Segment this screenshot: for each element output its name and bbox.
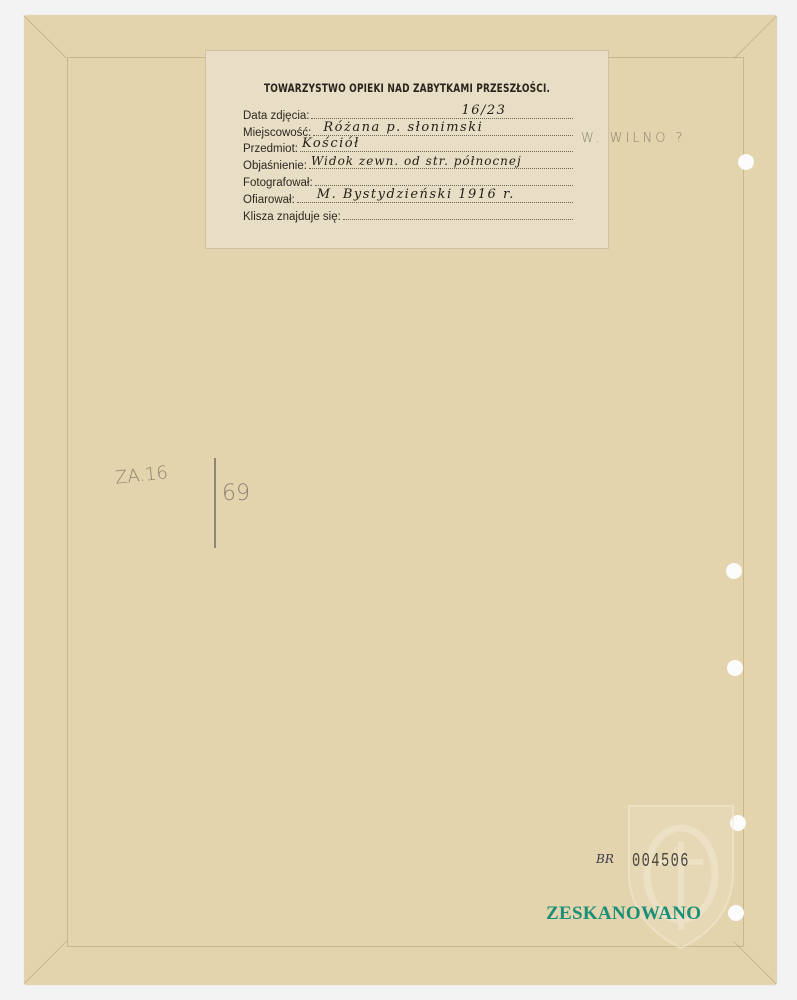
- field-row-donor: Ofiarował: M. Bystydzieński 1916 r.: [243, 192, 573, 208]
- field-label: Klisza znajduje się:: [243, 211, 341, 223]
- field-row-negative: Klisza znajduje się:: [243, 209, 573, 225]
- corner-fold-line: [734, 16, 777, 59]
- dotted-line: M. Bystydzieński 1916 r.: [297, 192, 573, 203]
- field-row-description: Objaśnienie: Widok zewn. od str. północn…: [243, 158, 573, 174]
- field-value-description: Widok zewn. od str. północnej: [311, 154, 522, 168]
- field-value-donor: M. Bystydzieński 1916 r.: [317, 187, 515, 202]
- binder-hole: [727, 660, 743, 676]
- dotted-line: 16/23: [311, 108, 573, 119]
- field-label: Ofiarował:: [243, 194, 295, 206]
- shield-monogram-watermark-icon: n: [625, 802, 737, 952]
- field-label: Data zdjęcia:: [243, 110, 309, 122]
- dotted-line: Różana p. słonimski: [313, 125, 573, 136]
- corner-fold-line: [24, 941, 67, 984]
- field-label: Objaśnienie:: [243, 160, 307, 172]
- field-value-date: 16/23: [461, 103, 506, 118]
- field-value-location: Różana p. słonimski: [323, 120, 483, 135]
- field-label: Fotografował:: [243, 177, 313, 189]
- field-label: Przedmiot:: [243, 143, 298, 155]
- dotted-line: Widok zewn. od str. północnej: [309, 158, 573, 169]
- field-value-subject: Kościół: [302, 136, 360, 151]
- field-row-location: Miejscowość: Różana p. słonimski: [243, 125, 573, 141]
- pencil-catalog-right: 69: [222, 481, 250, 506]
- pencil-divider: [214, 458, 216, 548]
- binder-hole: [726, 563, 742, 579]
- dotted-line: [343, 209, 573, 220]
- label-title: TOWARZYSTWO OPIEKI NAD ZABYTKAMI PRZESZŁ…: [250, 81, 564, 95]
- scanned-stamp: ZESKANOWANO: [546, 903, 701, 925]
- inventory-number: 004506: [632, 850, 690, 872]
- dotted-line: Kościół: [300, 141, 573, 152]
- dotted-line: [315, 175, 573, 186]
- society-label-card: TOWARZYSTWO OPIEKI NAD ZABYTKAMI PRZESZŁ…: [205, 50, 609, 249]
- binder-hole: [738, 154, 754, 170]
- corner-fold-line: [733, 941, 776, 984]
- inventory-prefix: BR: [596, 852, 614, 866]
- pencil-note-wilno: W. WILNO ?: [581, 131, 686, 146]
- corner-fold-line: [23, 15, 66, 58]
